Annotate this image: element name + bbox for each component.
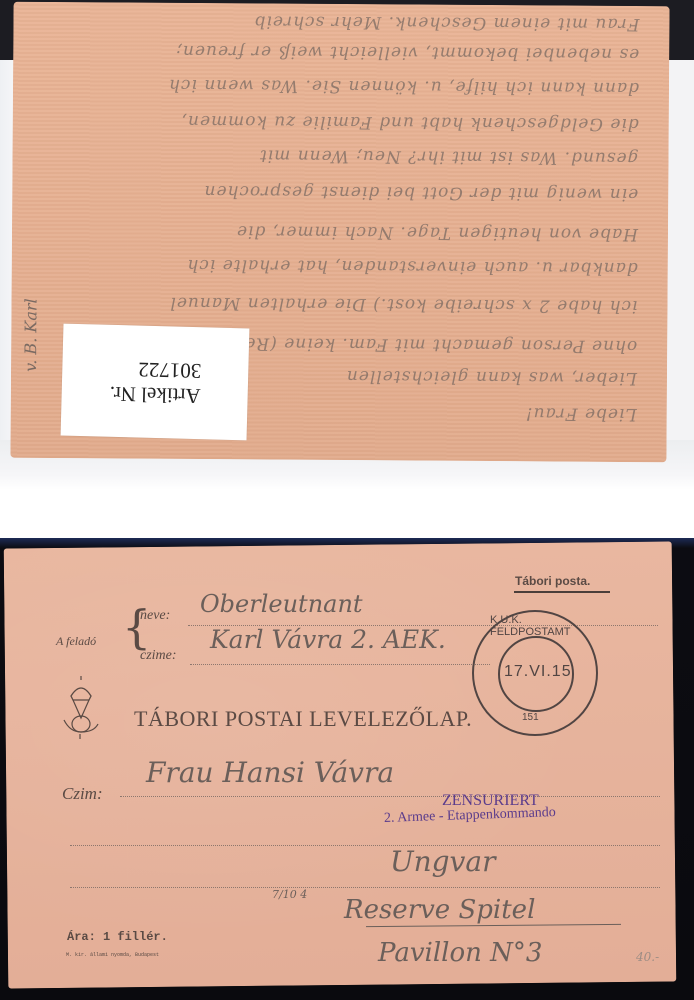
sender-label: A feladó [56, 634, 96, 649]
signature-note: v. B. Karl [21, 112, 47, 372]
article-label-title: Artikel Nr. [109, 381, 201, 408]
recipient-label: Czim: [62, 784, 103, 804]
recipient-address-1: Reserve Spitel [344, 895, 535, 925]
handwritten-line: die Geldgeschenk habt und Familie zu kom… [43, 110, 639, 134]
handwritten-line: dann kann ich hilfe, u. können Sie. Was … [43, 74, 639, 98]
printer-imprint: M. kir. állami nyomda, Budapest [66, 952, 159, 958]
header-underline [514, 591, 610, 593]
postmark-stamp: 17.VI.15 K.U.K. FELDPOSTAMT 151 [472, 610, 598, 736]
handwritten-line: dankbar u. auch einverstanden, hat erhal… [42, 254, 638, 278]
postmark-ring-text: K.U.K. FELDPOSTAMT [490, 614, 596, 638]
handwritten-line: ein wenig mit der Gott bei dienst gespro… [42, 180, 638, 204]
dotted-line [120, 796, 660, 797]
recipient-address-2: Pavillon N°3 [378, 938, 542, 968]
name-label: neve: [140, 608, 170, 624]
handwritten-line: es nebenbei bekommt, vielleicht weiß er … [43, 40, 639, 64]
article-number-label: Artikel Nr. 301722 [61, 324, 250, 441]
sender-name: Karl Vávra 2. AEK. [210, 625, 446, 654]
handwritten-line: Habe von heutigen Tage. Nach immer, die [42, 220, 638, 244]
postmark-number: 151 [522, 712, 539, 723]
handwritten-line: gesund. Was ist mit ihr? Neu; Wenn mit [42, 144, 638, 168]
dotted-line [70, 887, 660, 888]
dotted-line [190, 664, 490, 665]
handwritten-line: Frau mit einem Geschenk. Mehr schreib [43, 10, 639, 34]
postmark-date: 17.VI.15 [504, 663, 572, 681]
handwritten-line: ich habe 2 x schreibe kost.) Die erhalte… [41, 292, 637, 316]
crown-posthorn-icon [60, 676, 102, 740]
recipient-city: Ungvar [390, 845, 495, 878]
pencil-note: 7/10 4 [272, 888, 307, 901]
recipient-name: Frau Hansi Vávra [146, 756, 394, 789]
sender-rank: Oberleutnant [200, 590, 363, 618]
dotted-line [70, 845, 660, 846]
article-number: 301722 [110, 356, 202, 383]
address-label: czime: [140, 648, 177, 664]
margin-price: 40.- [636, 950, 659, 964]
card-title: TÁBORI POSTAI LEVELEZŐLAP. [134, 706, 472, 732]
field-post-header: Tábori posta. [515, 574, 590, 588]
price-label: Ára: 1 fillér. [67, 930, 168, 944]
